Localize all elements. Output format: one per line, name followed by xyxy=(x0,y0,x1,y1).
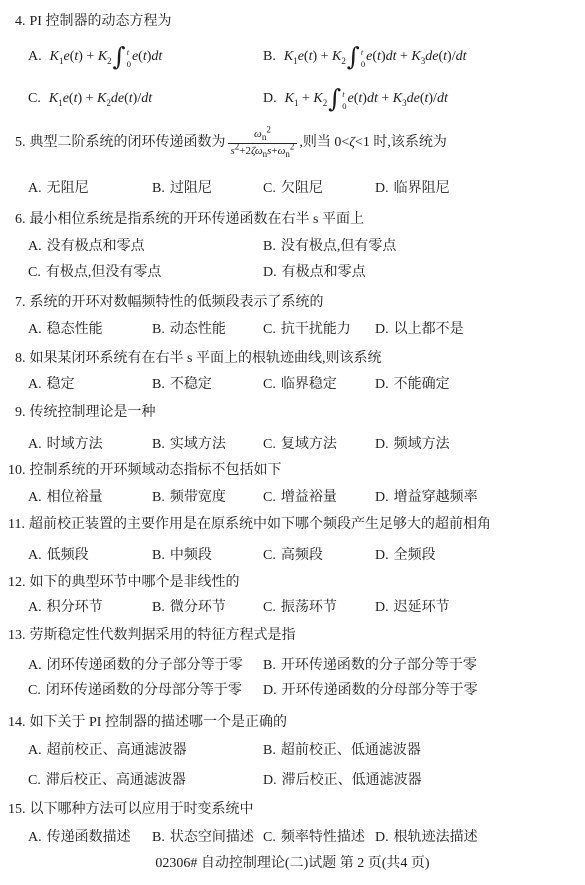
option-text: 欠阻尼 xyxy=(281,181,323,196)
option-text: 临界阻尼 xyxy=(394,181,450,196)
question-5-stem: 5.典型二阶系统的闭环传递函数为ωn2s2+2ζωns+ωn2,则当 0<ζ<1… xyxy=(15,128,447,159)
option-text: 不稳定 xyxy=(170,377,212,392)
question-14-stem: 14.如下关于 PI 控制器的描述哪一个是正确的 xyxy=(8,714,287,732)
option-text: 时域方法 xyxy=(47,437,103,452)
question-text: PI 控制器的动态方程为 xyxy=(30,14,172,29)
question-13-option-a: A.闭环传递函数的分子部分等于零 xyxy=(28,657,243,675)
option-text: 开环传递函数的分子部分等于零 xyxy=(281,658,477,673)
option-label: C. xyxy=(263,830,276,845)
question-14-option-b: B.超前校正、低通滤波器 xyxy=(263,742,421,760)
option-text: 超前校正、高通滤波器 xyxy=(47,743,187,758)
question-13-option-b: B.开环传递函数的分子部分等于零 xyxy=(263,657,477,675)
option-text: 有极点,但没有零点 xyxy=(46,265,162,280)
option-label: B. xyxy=(152,600,165,615)
question-5-option-b: B.过阻尼 xyxy=(152,180,212,198)
option-text: 增益穿越频率 xyxy=(394,490,478,505)
option-label: A. xyxy=(28,322,42,337)
option-label: B. xyxy=(152,490,165,505)
question-13-option-c: C.闭环传递函数的分母部分等于零 xyxy=(28,682,242,700)
option-label: C. xyxy=(263,437,276,452)
question-5-option-a: A.无阻尼 xyxy=(28,180,89,198)
question-5-option-c: C.欠阻尼 xyxy=(263,180,323,198)
question-15-option-b: B.状态空间描述 xyxy=(152,829,254,847)
question-12-option-a: A.积分环节 xyxy=(28,599,103,617)
option-label: B. xyxy=(263,49,276,64)
question-number: 14. xyxy=(8,715,26,730)
option-label: C. xyxy=(28,683,41,698)
exam-page: 4.PI 控制器的动态方程为 A.K1e(t) + K2∫t0e(t)dt B.… xyxy=(0,0,585,885)
question-number: 7. xyxy=(15,295,26,310)
question-number: 8. xyxy=(15,351,26,366)
question-4-option-d: D.K1 + K2∫t0e(t)dt + K3de(t)/dt xyxy=(263,86,448,112)
question-7-option-b: B.动态性能 xyxy=(152,321,226,339)
option-label: D. xyxy=(263,683,277,698)
question-9-option-c: C.复域方法 xyxy=(263,436,337,454)
option-label: B. xyxy=(152,830,165,845)
option-formula: K1 + K2∫t0e(t)dt + K3de(t)/dt xyxy=(285,91,448,106)
question-text: 传统控制理论是一种 xyxy=(30,405,156,420)
option-label: C. xyxy=(263,490,276,505)
option-label: D. xyxy=(263,265,277,280)
question-15-option-c: C.频率特性描述 xyxy=(263,829,365,847)
option-label: D. xyxy=(263,91,277,106)
option-label: A. xyxy=(28,181,42,196)
option-label: B. xyxy=(152,548,165,563)
option-label: C. xyxy=(263,548,276,563)
question-text: 系统的开环对数幅频特性的低频段表示了系统的 xyxy=(30,295,324,310)
question-5-option-d: D.临界阻尼 xyxy=(375,180,450,198)
question-number: 4. xyxy=(15,14,26,29)
option-label: D. xyxy=(375,600,389,615)
question-4-option-a: A.K1e(t) + K2∫t0e(t)dt xyxy=(28,44,162,70)
question-10-option-c: C.增益裕量 xyxy=(263,489,337,507)
question-text: 最小相位系统是指系统的开环传递函数在右半 s 平面上 xyxy=(30,212,364,227)
question-number: 13. xyxy=(8,628,26,643)
question-10-option-a: A.相位裕量 xyxy=(28,489,103,507)
option-text: 根轨迹法描述 xyxy=(394,830,478,845)
option-label: B. xyxy=(152,181,165,196)
option-label: C. xyxy=(28,91,41,106)
option-text: 迟延环节 xyxy=(394,600,450,615)
option-label: C. xyxy=(28,773,41,788)
option-text: 超前校正、低通滤波器 xyxy=(281,743,421,758)
option-label: A. xyxy=(28,743,42,758)
option-text: 复域方法 xyxy=(281,437,337,452)
question-6-option-b: B.没有极点,但有零点 xyxy=(263,238,396,256)
question-11-stem: 11.超前校正装置的主要作用是在原系统中如下哪个频段产生足够大的超前相角 xyxy=(8,516,491,534)
question-8-option-b: B.不稳定 xyxy=(152,376,212,394)
question-15-option-d: D.根轨迹法描述 xyxy=(375,829,478,847)
question-13-stem: 13.劳斯稳定性代数判据采用的特征方程式是指 xyxy=(8,627,296,645)
question-11-option-b: B.中频段 xyxy=(152,547,212,565)
question-13-option-d: D.开环传递函数的分母部分等于零 xyxy=(263,682,478,700)
option-text: 抗干扰能力 xyxy=(281,322,351,337)
option-text: 全频段 xyxy=(394,548,436,563)
question-12-option-b: B.微分环节 xyxy=(152,599,226,617)
question-9-option-a: A.时域方法 xyxy=(28,436,103,454)
option-label: C. xyxy=(263,181,276,196)
option-label: B. xyxy=(263,239,276,254)
question-8-stem: 8.如果某闭环系统有在右半 s 平面上的根轨迹曲线,则该系统 xyxy=(15,350,381,368)
question-number: 15. xyxy=(8,802,26,817)
option-text: 有极点和零点 xyxy=(282,265,366,280)
question-text: 典型二阶系统的闭环传递函数为ωn2s2+2ζωns+ωn2,则当 0<ζ<1 时… xyxy=(30,135,447,150)
option-label: A. xyxy=(28,49,42,64)
option-label: A. xyxy=(28,239,42,254)
option-formula: K1e(t) + K2∫t0e(t)dt xyxy=(50,49,163,64)
option-label: A. xyxy=(28,490,42,505)
question-6-stem: 6.最小相位系统是指系统的开环传递函数在右半 s 平面上 xyxy=(15,211,364,229)
option-text: 频率特性描述 xyxy=(281,830,365,845)
option-text: 以上都不是 xyxy=(394,322,464,337)
option-text: 中频段 xyxy=(170,548,212,563)
question-text: 如果某闭环系统有在右半 s 平面上的根轨迹曲线,则该系统 xyxy=(30,351,382,366)
option-label: A. xyxy=(28,830,42,845)
question-12-stem: 12.如下的典型环节中哪个是非线性的 xyxy=(8,574,240,592)
question-number: 11. xyxy=(8,517,25,532)
question-10-option-d: D.增益穿越频率 xyxy=(375,489,478,507)
option-text: 积分环节 xyxy=(47,600,103,615)
option-label: D. xyxy=(375,830,389,845)
question-11-option-c: C.高频段 xyxy=(263,547,323,565)
option-text: 实域方法 xyxy=(170,437,226,452)
question-12-option-c: C.振荡环节 xyxy=(263,599,337,617)
option-text: 频带宽度 xyxy=(170,490,226,505)
option-label: B. xyxy=(263,743,276,758)
option-label: A. xyxy=(28,377,42,392)
option-text: 动态性能 xyxy=(170,322,226,337)
option-label: B. xyxy=(152,322,165,337)
option-text: 传递函数描述 xyxy=(47,830,131,845)
question-number: 10. xyxy=(8,463,26,478)
question-7-option-a: A.稳态性能 xyxy=(28,321,103,339)
option-label: C. xyxy=(263,600,276,615)
question-9-option-b: B.实域方法 xyxy=(152,436,226,454)
option-label: A. xyxy=(28,658,42,673)
question-12-option-d: D.迟延环节 xyxy=(375,599,450,617)
option-formula: K1e(t) + K2de(t)/dt xyxy=(49,91,152,106)
option-label: C. xyxy=(263,377,276,392)
option-label: B. xyxy=(152,377,165,392)
option-text: 状态空间描述 xyxy=(170,830,254,845)
option-text: 低频段 xyxy=(47,548,89,563)
question-8-option-a: A.稳定 xyxy=(28,376,75,394)
option-text: 相位裕量 xyxy=(47,490,103,505)
option-text: 滞后校正、低通滤波器 xyxy=(282,773,422,788)
option-text: 开环传递函数的分母部分等于零 xyxy=(282,683,478,698)
question-15-option-a: A.传递函数描述 xyxy=(28,829,131,847)
question-number: 5. xyxy=(15,135,26,150)
question-text: 以下哪种方法可以应用于时变系统中 xyxy=(30,802,254,817)
option-label: D. xyxy=(375,490,389,505)
option-text: 振荡环节 xyxy=(281,600,337,615)
question-text: 超前校正装置的主要作用是在原系统中如下哪个频段产生足够大的超前相角 xyxy=(29,517,491,532)
question-10-option-b: B.频带宽度 xyxy=(152,489,226,507)
option-label: A. xyxy=(28,600,42,615)
option-label: D. xyxy=(375,322,389,337)
question-11-option-a: A.低频段 xyxy=(28,547,89,565)
option-label: B. xyxy=(263,658,276,673)
option-label: D. xyxy=(375,437,389,452)
option-formula: K1e(t) + K2∫t0e(t)dt + K3de(t)/dt xyxy=(284,49,467,64)
question-number: 12. xyxy=(8,575,26,590)
option-text: 没有极点,但有零点 xyxy=(281,239,397,254)
question-9-stem: 9.传统控制理论是一种 xyxy=(15,404,156,422)
option-label: D. xyxy=(263,773,277,788)
question-14-option-a: A.超前校正、高通滤波器 xyxy=(28,742,187,760)
question-text: 如下的典型环节中哪个是非线性的 xyxy=(30,575,240,590)
option-text: 高频段 xyxy=(281,548,323,563)
option-label: D. xyxy=(375,377,389,392)
option-label: C. xyxy=(28,265,41,280)
option-label: C. xyxy=(263,322,276,337)
option-text: 没有极点和零点 xyxy=(47,239,145,254)
question-11-option-d: D.全频段 xyxy=(375,547,436,565)
option-label: A. xyxy=(28,437,42,452)
question-8-option-c: C.临界稳定 xyxy=(263,376,337,394)
page-footer: 02306# 自动控制理论(二)试题 第 2 页(共4 页) xyxy=(0,855,585,873)
option-label: D. xyxy=(375,181,389,196)
question-text: 劳斯稳定性代数判据采用的特征方程式是指 xyxy=(30,628,296,643)
option-text: 不能确定 xyxy=(394,377,450,392)
option-text: 稳态性能 xyxy=(47,322,103,337)
question-number: 6. xyxy=(15,212,26,227)
question-10-stem: 10.控制系统的开环频域动态指标不包括如下 xyxy=(8,462,282,480)
option-text: 闭环传递函数的分子部分等于零 xyxy=(47,658,243,673)
question-6-option-a: A.没有极点和零点 xyxy=(28,238,145,256)
question-15-stem: 15.以下哪种方法可以应用于时变系统中 xyxy=(8,801,254,819)
question-text: 如下关于 PI 控制器的描述哪一个是正确的 xyxy=(30,715,287,730)
question-7-stem: 7.系统的开环对数幅频特性的低频段表示了系统的 xyxy=(15,294,324,312)
question-9-option-d: D.频域方法 xyxy=(375,436,450,454)
option-label: D. xyxy=(375,548,389,563)
question-14-option-d: D.滞后校正、低通滤波器 xyxy=(263,772,422,790)
question-4-stem: 4.PI 控制器的动态方程为 xyxy=(15,13,171,31)
option-label: A. xyxy=(28,548,42,563)
question-4-option-b: B.K1e(t) + K2∫t0e(t)dt + K3de(t)/dt xyxy=(263,44,466,70)
option-text: 无阻尼 xyxy=(47,181,89,196)
question-4-option-c: C.K1e(t) + K2de(t)/dt xyxy=(28,90,152,108)
option-text: 稳定 xyxy=(47,377,75,392)
question-7-option-d: D.以上都不是 xyxy=(375,321,464,339)
option-text: 闭环传递函数的分母部分等于零 xyxy=(46,683,242,698)
question-number: 9. xyxy=(15,405,26,420)
option-text: 滞后校正、高通滤波器 xyxy=(46,773,186,788)
option-text: 增益裕量 xyxy=(281,490,337,505)
option-label: B. xyxy=(152,437,165,452)
question-8-option-d: D.不能确定 xyxy=(375,376,450,394)
option-text: 频域方法 xyxy=(394,437,450,452)
question-7-option-c: C.抗干扰能力 xyxy=(263,321,351,339)
option-text: 过阻尼 xyxy=(170,181,212,196)
question-text: 控制系统的开环频域动态指标不包括如下 xyxy=(30,463,282,478)
question-6-option-c: C.有极点,但没有零点 xyxy=(28,264,161,282)
option-text: 临界稳定 xyxy=(281,377,337,392)
question-6-option-d: D.有极点和零点 xyxy=(263,264,366,282)
option-text: 微分环节 xyxy=(170,600,226,615)
question-14-option-c: C.滞后校正、高通滤波器 xyxy=(28,772,186,790)
